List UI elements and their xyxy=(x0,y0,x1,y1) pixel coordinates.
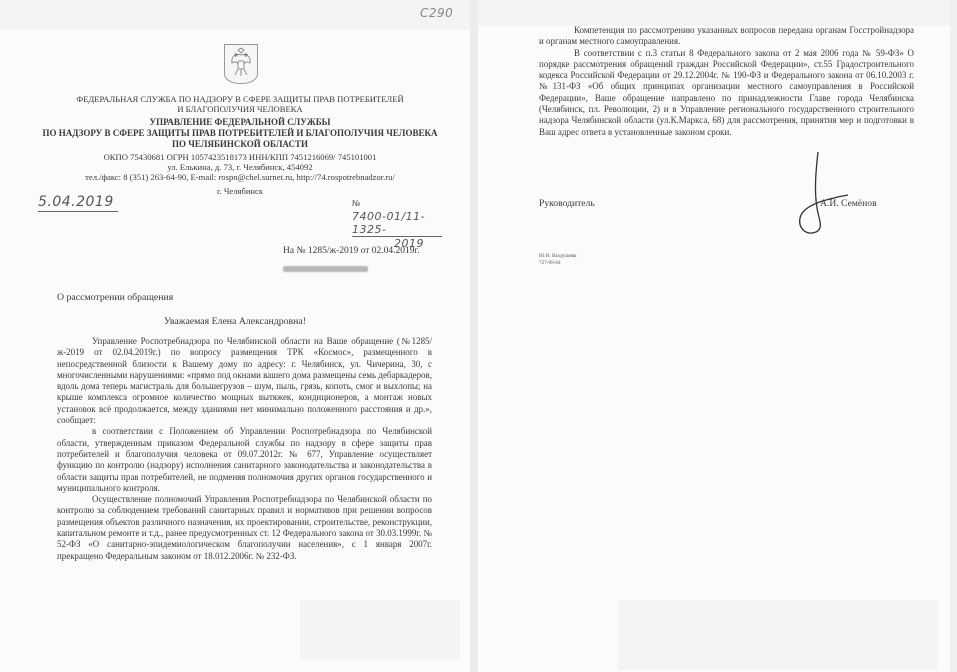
body-paragraph: Управление Роспотребнадзора по Челябинск… xyxy=(57,336,432,426)
office-name-line-1: УПРАВЛЕНИЕ ФЕДЕРАЛЬНОЙ СЛУЖБЫ xyxy=(40,117,440,128)
number-line-1: 7400-01/11-1325- xyxy=(352,210,442,237)
registration-mark: С290 xyxy=(420,6,453,20)
agency-name-line-2: И БЛАГОПОЛУЧИЯ ЧЕЛОВЕКА xyxy=(40,104,440,115)
signer-name: А.И. Семёнов xyxy=(820,198,877,209)
outgoing-number: №7400-01/11-1325- 2019 xyxy=(352,196,442,250)
office-name-line-2: ПО НАДЗОРУ В СФЕРЕ ЗАЩИТЫ ПРАВ ПОТРЕБИТЕ… xyxy=(40,128,440,139)
letter-subject: О рассмотрении обращения xyxy=(57,292,173,303)
office-name-line-3: ПО ЧЕЛЯБИНСКОЙ ОБЛАСТИ xyxy=(40,139,440,150)
letter-body-page-1: Управление Роспотребнадзора по Челябинск… xyxy=(57,336,432,562)
body-paragraph: В соответствии с п.3 статьи 8 Федерально… xyxy=(539,48,914,138)
executor-name: Ю.Н. Вахрушева xyxy=(539,253,576,260)
office-contacts: тел./факс: 8 (351) 263-64-90, E-mail: ro… xyxy=(40,172,440,183)
salutation: Уважаемая Елена Александровна! xyxy=(0,316,470,327)
signer-title: Руководитель xyxy=(539,198,595,209)
page-gutter xyxy=(470,0,478,672)
body-paragraph: в соответствии с Положением об Управлени… xyxy=(57,426,432,494)
letter-body-page-2: Компетенция по рассмотрению указанных во… xyxy=(539,25,914,138)
body-paragraph: Осуществление полномочий Управления Росп… xyxy=(57,494,432,562)
reference-number: На № 1285/ж-2019 от 02.04.2019г. xyxy=(283,246,420,256)
executor-info: Ю.Н. Вахрушева 727-09-84 xyxy=(539,253,576,267)
executor-phone: 727-09-84 xyxy=(539,260,576,267)
scan-edge xyxy=(950,0,957,672)
letter-page-1: С290 ФЕДЕРАЛЬНАЯ СЛУЖБА ПО НАДЗОРУ В СФЕ… xyxy=(0,0,470,672)
number-prefix: № xyxy=(352,199,361,208)
handwritten-date: 5.04.2019 xyxy=(38,194,118,212)
handwritten-signature-icon xyxy=(786,150,866,240)
redacted-recipient xyxy=(283,266,368,272)
russian-coat-of-arms-icon xyxy=(224,44,258,84)
body-paragraph: Компетенция по рассмотрению указанных во… xyxy=(539,25,914,48)
